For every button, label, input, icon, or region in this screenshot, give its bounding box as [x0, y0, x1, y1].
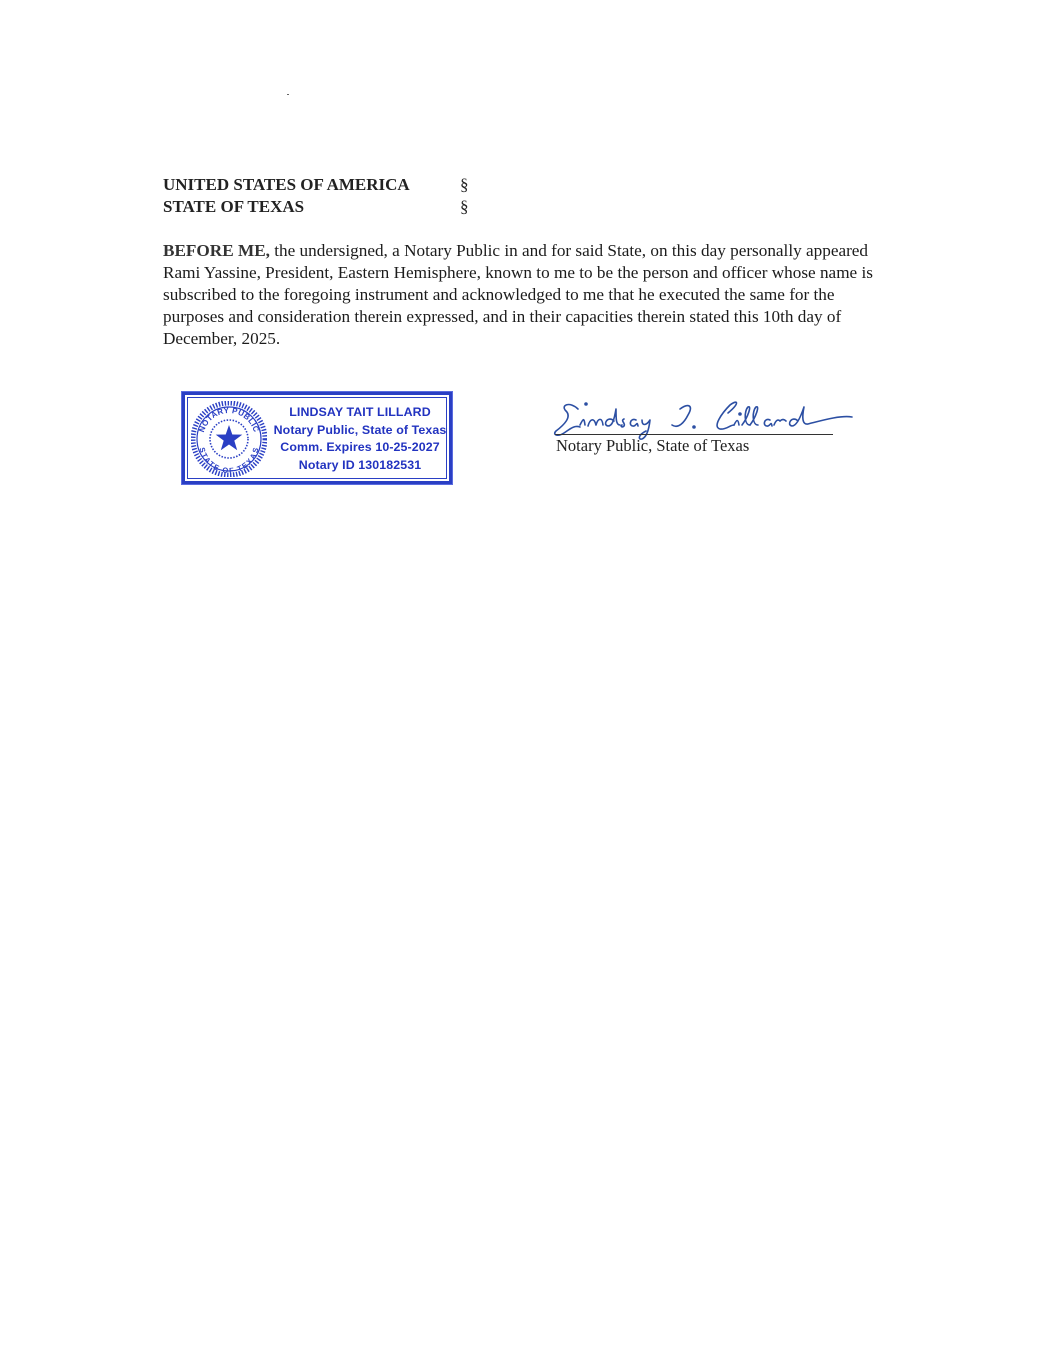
signature-line: [555, 434, 833, 435]
signature-caption: Notary Public, State of Texas: [556, 436, 749, 456]
acknowledgment-lead: BEFORE ME,: [163, 241, 270, 260]
venue-country-label: UNITED STATES OF AMERICA: [163, 174, 460, 196]
star-icon: [216, 425, 243, 450]
seal-notary-title: Notary Public, State of Texas: [269, 422, 451, 440]
venue-block: UNITED STATES OF AMERICA § STATE OF TEXA…: [163, 174, 469, 218]
acknowledgment-paragraph: BEFORE ME, the undersigned, a Notary Pub…: [163, 240, 893, 350]
venue-row-state: STATE OF TEXAS §: [163, 196, 469, 218]
scan-speck: [287, 94, 289, 95]
seal-notary-id: Notary ID 130182531: [269, 457, 451, 475]
notary-seal-emblem-icon: NOTARY PUBLIC STATE OF TEXAS: [191, 401, 267, 477]
seal-text-block: LINDSAY TAIT LILLARD Notary Public, Stat…: [269, 404, 451, 474]
notary-seal-stamp: NOTARY PUBLIC STATE OF TEXAS LINDSAY TAI…: [182, 392, 452, 484]
section-symbol: §: [460, 196, 469, 218]
section-symbol: §: [460, 174, 469, 196]
seal-commission-expires: Comm. Expires 10-25-2027: [269, 439, 451, 457]
venue-row-country: UNITED STATES OF AMERICA §: [163, 174, 469, 196]
acknowledgment-body: the undersigned, a Notary Public in and …: [163, 241, 873, 348]
seal-notary-name: LINDSAY TAIT LILLARD: [269, 404, 451, 422]
venue-state-label: STATE OF TEXAS: [163, 196, 460, 218]
